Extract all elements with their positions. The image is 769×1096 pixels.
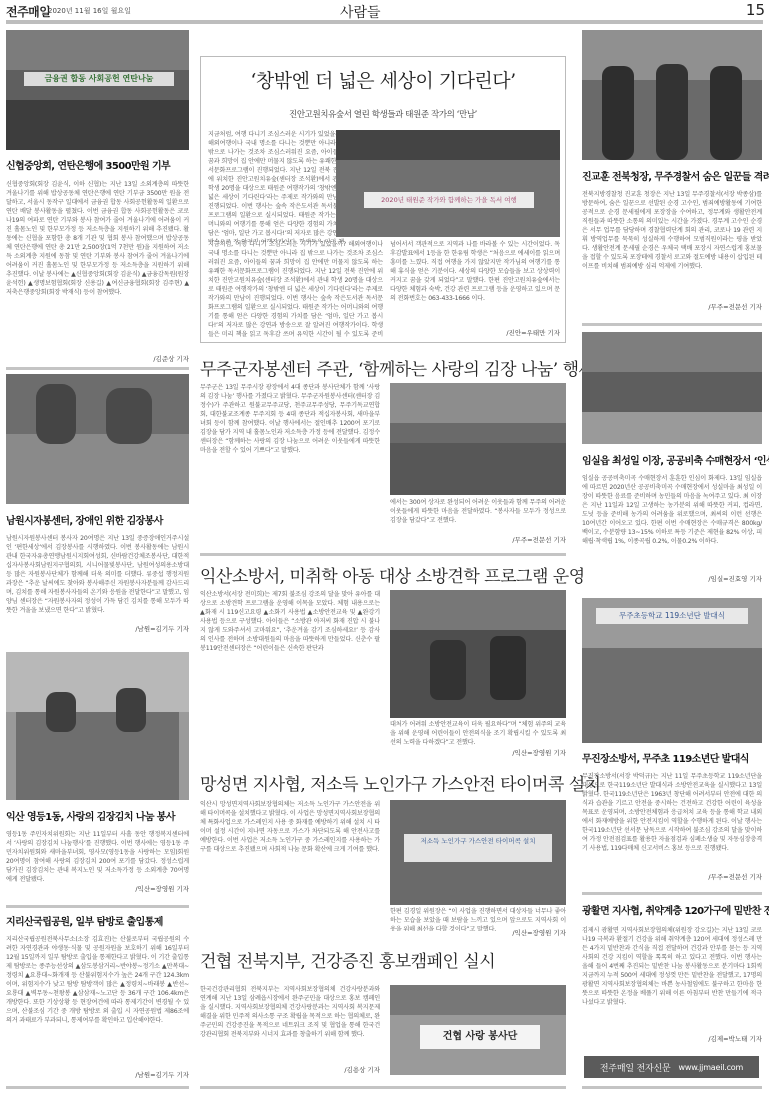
banner-url[interactable]: www.jjmaeil.com (679, 1063, 744, 1072)
issue-date: 2020년 11월 16일 월요일 (48, 6, 131, 16)
headline-shinhyup: 신협중앙회, 연탄은행에 3500만원 기부 (6, 157, 170, 172)
divider (582, 1086, 762, 1089)
article-photo-muju-kimchi (390, 383, 566, 495)
photo-banner: 저소득 노인가구 가스안전 타이머콕 설치 (404, 834, 552, 862)
headline-gwanghwal: 광활면 지사협, 취약계층 120가구에 밑반찬 전달 (582, 902, 769, 917)
article-photo-imsil (582, 332, 762, 444)
headline-kaha: 건협 전북지부, 건강증진 홍보캠페인 실시 (200, 947, 495, 972)
byline-namwon-kimchi: /남원=김기두 기자 (6, 624, 189, 633)
divider (6, 367, 189, 370)
article-body-jirisan: 지리산국립공원전북사무소(소장 김효진)는 산불로부터 국립공원의 수려한 자연… (6, 935, 189, 1070)
headline-muju-kimchi: 무주군자봉센터 주관, ‘함께하는 사랑의 김장 나눔’ 행사 (200, 355, 594, 380)
section-title: 사람들 (340, 2, 381, 22)
byline-shinhyup: /김준상 기자 (6, 354, 189, 363)
article-photo-mujinjang-fire: 무주초등학교 119소년단 발대식 (582, 598, 762, 743)
headline-namwon-kimchi: 남원시자봉센터, 장애인 위한 김장봉사 (6, 512, 163, 527)
headline-iksan-fire: 익산소방서, 미취학 아동 대상 소방견학 프로그램 운영 (200, 562, 585, 587)
byline-yeongdeung: /익산=장영원 기자 (6, 884, 189, 893)
article-body-namwon-kimchi: 남원시자원봉사센터 봉사자 20여명은 지난 13일 중증장애인거주시설인 ‘편… (6, 534, 189, 624)
byline-gwanghwal: /김제=박노태 기자 (582, 1034, 762, 1043)
divider (582, 892, 762, 895)
photo-banner: 금융권 합동 사회공헌 연탄나눔 (24, 72, 174, 86)
byline-muju-kimchi: /무주=전문선 기자 (390, 535, 566, 544)
article-photo-kaha: 건협 사랑 봉사단 (390, 985, 566, 1075)
divider (6, 905, 189, 908)
byline-jin-gyohun: /무주=전문선 기자 (582, 302, 762, 311)
divider (200, 553, 566, 556)
photo-banner: 건협 사랑 봉사단 (420, 1025, 540, 1049)
headline-mujinjang-fire: 무진장소방서, 무주초 119소년단 발대식 (582, 750, 749, 765)
divider (200, 1086, 566, 1089)
feature-body-right: 넘어서서 객관적으로 지역과 나를 바라볼 수 있는 시간이었다. 독후감발표에… (390, 240, 560, 328)
feature-byline: /진안=우태만 기자 (390, 328, 560, 337)
article-body-muju-kimchi: 무주군은 13일 무주시장 광장에서 4대 종단과 봉사단체가 함께 ‘사랑의 … (200, 383, 380, 533)
article-body-kaha: 한국건강관리협회 전북지부는 지역사회보장협의체 건강사랑분과와 연계해 지난 … (200, 985, 380, 1057)
article-body-iksan-fire: 익산소방서(서장 전미희)는 제7회 불조심 강조의 달을 맞아 유아를 대상으… (200, 590, 380, 752)
article-photo-yeongdeung (6, 652, 189, 800)
headline-jirisan: 지리산국립공원, 일부 탐방로 출입통제 (6, 913, 163, 928)
headline-mangseong: 망성면 지사협, 저소득 노인가구 가스안전 타이머콕 설치 (200, 770, 601, 795)
article-body-mujinjang-fire: 무진장소방서(서장 박덕규)는 지난 11일 무주초등학교 119소년단을 대상… (582, 772, 762, 872)
e-newspaper-banner[interactable]: 전주매일 전자신문 www.jjmaeil.com (584, 1056, 759, 1078)
article-photo-jin-gyohun (582, 30, 762, 160)
article-body-shinhyup: 신협중앙회(회장 김윤식, 이하 신협)는 지난 13일 소외계층의 따뜻한 겨… (6, 180, 189, 360)
article-body-muju-kimchi-cont: 에서는 300여 상자로 완성되어 어려운 이웃들과 함께 무주의 어려운 이웃… (390, 498, 566, 534)
photo-banner: 무주초등학교 119소년단 발대식 (596, 608, 748, 624)
byline-kaha: /김용상 기자 (200, 1065, 380, 1074)
byline-jirisan: /남원=김기두 기자 (6, 1070, 189, 1079)
newspaper-logo: 전주매일 (6, 3, 50, 20)
banner-text: 전주매일 전자신문 (600, 1061, 671, 1074)
feature-headline: ‘창밖엔 더 넓은 세상이 기다린다’ (200, 66, 566, 93)
article-photo-mangseong: 저소득 노인가구 가스안전 타이머콕 설치 (390, 800, 566, 905)
article-photo-namwon-kimchi (6, 374, 189, 504)
article-body-gwanghwal: 김제시 광활면 지역사회보장협의체(위원장 강오길)는 지난 13일 코로나19… (582, 926, 762, 1034)
byline-mujinjang-fire: /무주=전문선 기자 (582, 872, 762, 881)
article-body-imsil: 임실읍 공공비축미곡 수매현장서 훈훈한 인심이 화제다. 13일 임실읍에 따… (582, 474, 762, 574)
masthead-divider (6, 20, 763, 24)
article-photo-shinhyup: 금융권 합동 사회공헌 연탄나눔 (6, 30, 189, 150)
feature-body-left: 지금처럼, 여행 다니기 조심스러운 시기가 있었을까? 해외여행이나 국내 명… (208, 240, 383, 338)
article-photo-iksan-fire (390, 590, 566, 718)
byline-mangseong: /익산=장영원 기자 (390, 928, 566, 937)
feature-body-intro: 지금처럼, 여행 다니기 조심스러운 시기가 있었을까? 해외여행이나 국내 명… (208, 130, 344, 242)
article-body-mangseong: 익산시 망성면지역사회보장협의체는 저소득 노인가구 가스안전을 위해 타이머콕… (200, 800, 380, 930)
byline-imsil: /임실=진효영 기자 (582, 574, 762, 583)
divider (6, 1086, 189, 1089)
feature-photo-banner: 2020년 태원준 작가와 함께하는 가을 독서 여행 (364, 192, 534, 208)
article-body-jin-gyohun: 전북지방경찰청 진교훈 청장은 지난 13일 무주경찰서(서장 박종삼)를 방문… (582, 190, 762, 302)
divider (582, 323, 762, 326)
headline-yeongdeung: 익산 영등1동, 사랑의 김장김치 나눔 봉사 (6, 808, 175, 823)
feature-photo-students: 2020년 태원준 작가와 함께하는 가을 독서 여행 (336, 130, 560, 237)
headline-jin-gyohun: 진교훈 전북청장, 무주경찰서 숨은 일꾼들 격려 (582, 168, 769, 183)
headline-imsil: 임실읍 최성일 이장, 공공비축 수매현장서 ‘인심’ (582, 452, 769, 467)
byline-iksan-fire: /익산=장영원 기자 (390, 748, 566, 757)
feature-subheadline: 진안고원치유숲서 열린 학생들과 태원준 작가의 ‘만남’ (200, 108, 566, 120)
page-number: 15 (746, 1, 765, 19)
article-body-yeongdeung: 영등1동 주민자치위원회는 지난 11일부터 사흘 동안 행정복지센터에서 ‘사… (6, 830, 189, 884)
